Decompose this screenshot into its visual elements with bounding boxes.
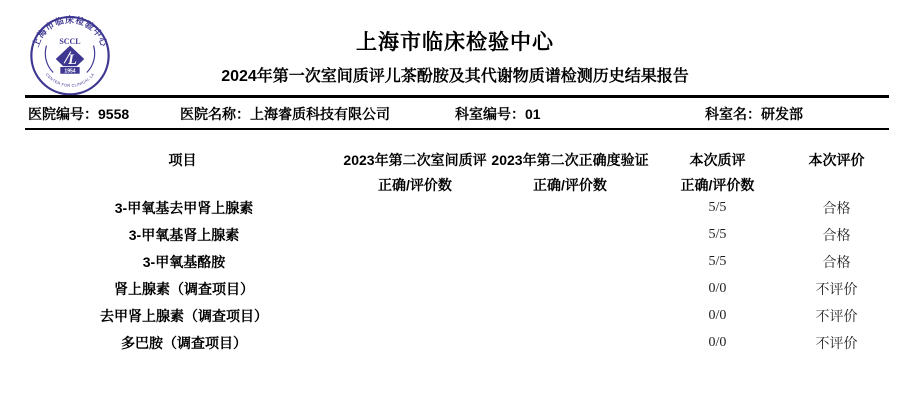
table-row-current: 0/0 bbox=[650, 302, 785, 329]
table-row-current: 5/5 bbox=[650, 194, 785, 221]
dept-no-value: 01 bbox=[525, 106, 541, 122]
org-title: 上海市临床检验中心 bbox=[0, 26, 910, 56]
table-row-item: 3-甲氧基肾上腺素 bbox=[25, 221, 340, 248]
table-row-prev-trueness bbox=[490, 221, 650, 248]
table-row-prev-trueness bbox=[490, 275, 650, 302]
table-row-prev-trueness bbox=[490, 329, 650, 356]
table-row-item: 3-甲氧基去甲肾上腺素 bbox=[25, 194, 340, 221]
table-row-prev-eqa bbox=[340, 194, 490, 221]
table-row-prev-eqa bbox=[340, 221, 490, 248]
table-row-prev-eqa bbox=[340, 302, 490, 329]
table-row-prev-eqa bbox=[340, 275, 490, 302]
hospital-name-label: 医院名称： bbox=[180, 106, 250, 122]
table-row-prev-eqa bbox=[340, 248, 490, 275]
table-row-item: 3-甲氧基酪胺 bbox=[25, 248, 340, 275]
dept-no-field: 科室编号：01 bbox=[455, 104, 541, 124]
table-row-evaluation: 不评价 bbox=[785, 302, 888, 329]
table-row-prev-trueness bbox=[490, 248, 650, 275]
info-bar: 医院编号：9558 医院名称：上海睿质科技有限公司 科室编号：01 科室名：研发… bbox=[0, 104, 910, 124]
results-table: 项目 2023年第二次室间质评 2023年第二次正确度验证 本次质评 本次评价 … bbox=[25, 140, 888, 356]
dept-name-field: 科室名：研发部 bbox=[705, 104, 803, 124]
table-row-current: 5/5 bbox=[650, 248, 785, 275]
dept-name-label: 科室名： bbox=[705, 106, 761, 122]
report-title: 2024年第一次室间质评儿茶酚胺及其代谢物质谱检测历史结果报告 bbox=[0, 63, 910, 86]
hospital-no-label: 医院编号： bbox=[28, 106, 98, 122]
table-row-item: 多巴胺（调查项目） bbox=[25, 329, 340, 356]
table-row-evaluation: 合格 bbox=[785, 194, 888, 221]
table-row-evaluation: 不评价 bbox=[785, 275, 888, 302]
table-row-current: 0/0 bbox=[650, 275, 785, 302]
table-row-current: 0/0 bbox=[650, 329, 785, 356]
table-row-prev-trueness bbox=[490, 194, 650, 221]
info-divider-thin bbox=[25, 128, 889, 130]
table-row-prev-trueness bbox=[490, 302, 650, 329]
table-row-evaluation: 合格 bbox=[785, 248, 888, 275]
table-row-evaluation: 不评价 bbox=[785, 329, 888, 356]
table-row-item: 去甲肾上腺素（调查项目） bbox=[25, 302, 340, 329]
hospital-no-field: 医院编号：9558 bbox=[28, 104, 129, 124]
report-page: 上海市临床检验中心 SHANGHAI CENTER FOR CLINICAL L… bbox=[0, 0, 910, 410]
table-row-prev-eqa bbox=[340, 329, 490, 356]
hospital-name-value: 上海睿质科技有限公司 bbox=[250, 106, 390, 122]
header-divider-thick bbox=[25, 95, 889, 98]
dept-no-label: 科室编号： bbox=[455, 106, 525, 122]
table-row-current: 5/5 bbox=[650, 221, 785, 248]
hospital-name-field: 医院名称：上海睿质科技有限公司 bbox=[180, 104, 390, 124]
hospital-no-value: 9558 bbox=[98, 106, 129, 122]
dept-name-value: 研发部 bbox=[761, 106, 803, 122]
table-row-item: 肾上腺素（调查项目） bbox=[25, 275, 340, 302]
table-row-evaluation: 合格 bbox=[785, 221, 888, 248]
